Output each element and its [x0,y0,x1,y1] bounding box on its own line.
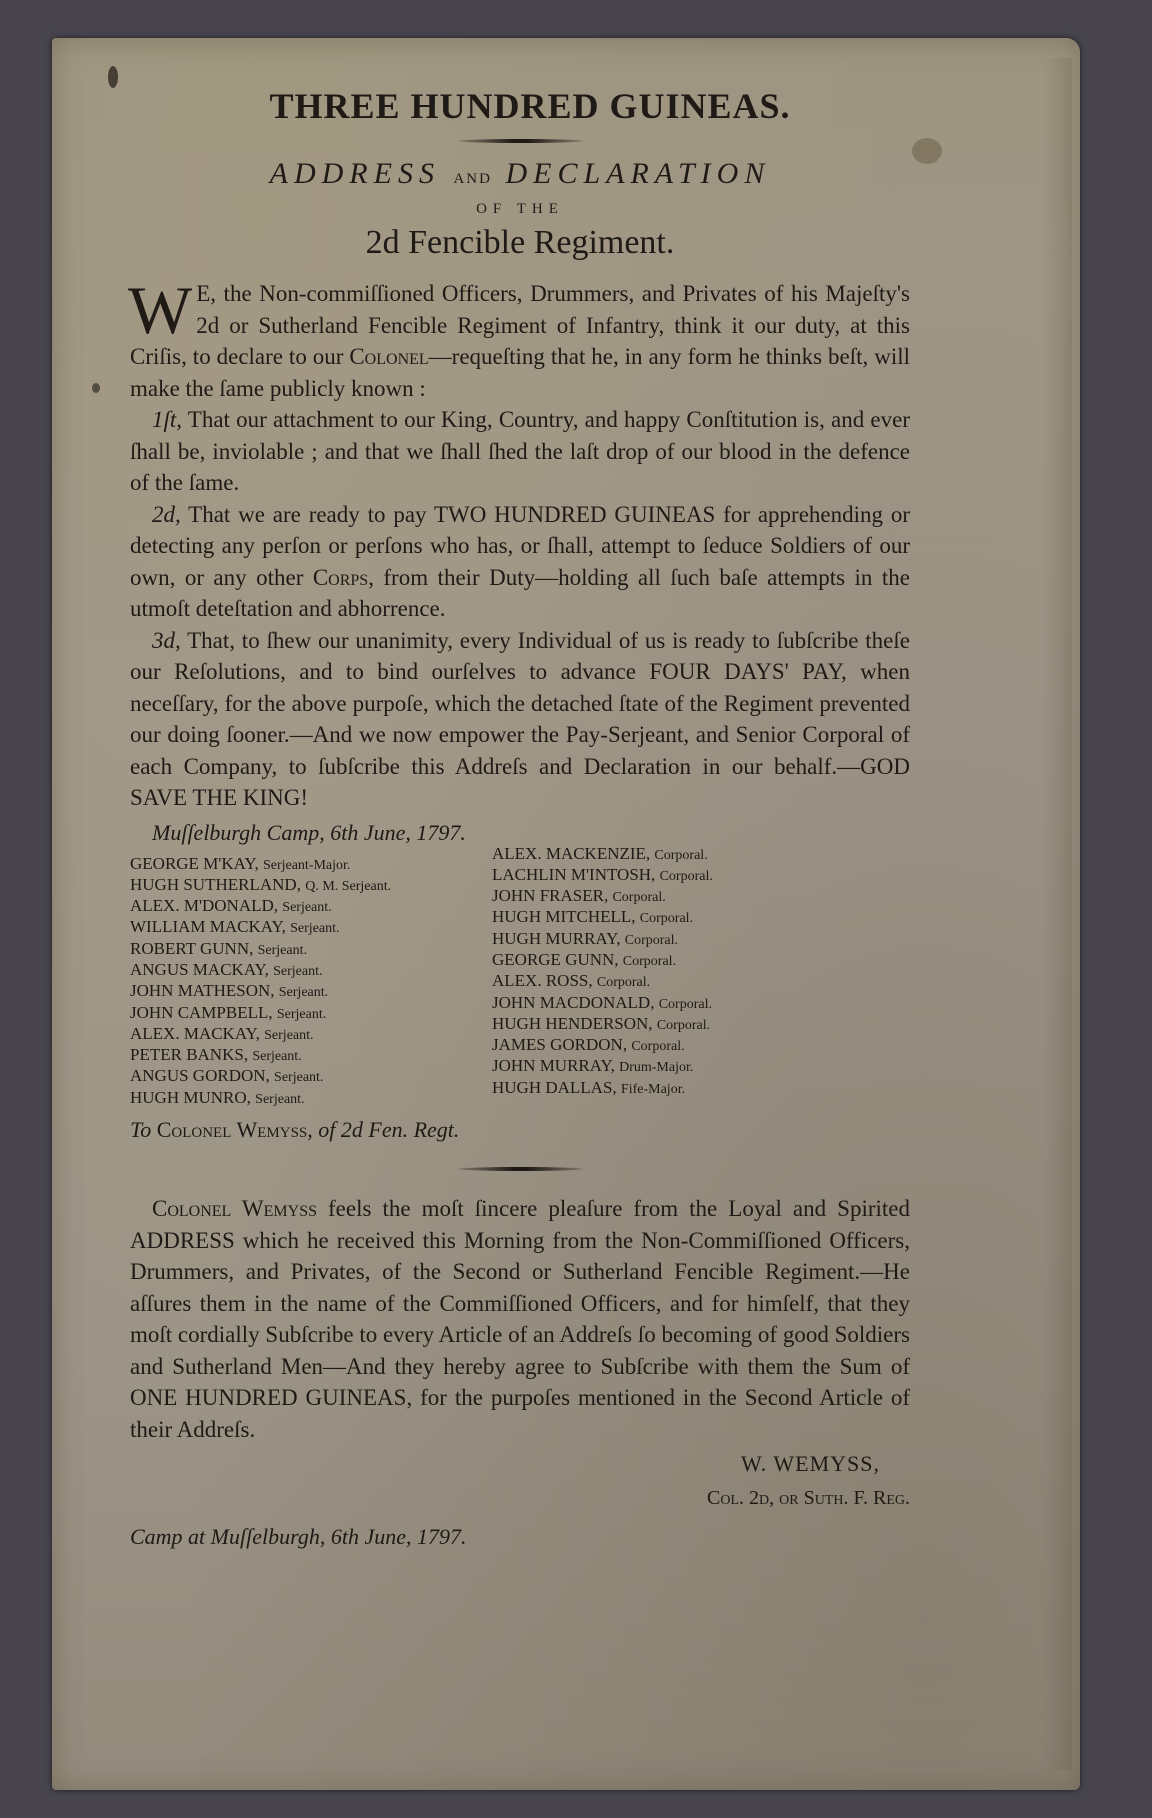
article-2: 2d, That we are ready to pay TWO HUNDRED… [130,499,910,625]
signatory: HUGH MURRAY, Corporal. [492,929,862,950]
signatory: HUGH DALLAS, Fife-Major. [492,1078,862,1099]
document-subtitle: ADDRESS AND DECLARATION [130,157,910,191]
subtitle-declaration: DECLARATION [505,157,770,190]
subtitle-address: ADDRESS [270,157,440,190]
signature-title: Col. 2d, or Suth. F. Reg. [130,1487,910,1510]
signatory: JOHN CAMPBELL, Serjeant. [130,1003,500,1024]
ink-mark [108,66,118,88]
regiment-heading: 2d Fencible Regiment. [130,224,910,262]
signatory: GEORGE GUNN, Corporal. [492,950,862,971]
ornamental-rule-2 [458,1167,583,1171]
document-body: THREE HUNDRED GUINEAS. ADDRESS AND DECLA… [130,85,910,1550]
signatory: JOHN MACDONALD, Corporal. [492,993,862,1014]
signatory: GEORGE M'KAY, Serjeant-Major. [130,854,500,875]
subtitle-and: AND [453,171,492,187]
article-3: 3d, That, to ſhew our unanimity, every I… [130,625,910,814]
signatory: JOHN FRASER, Corporal. [492,886,862,907]
paper-edge-shading [1042,58,1072,1770]
signatory: ANGUS GORDON, Serjeant. [130,1066,500,1087]
colonel-reply: Colonel Wemyss feels the moſt ſincere pl… [130,1193,910,1445]
ink-spot [92,383,100,393]
signatory: PETER BANKS, Serjeant. [130,1045,500,1066]
signatories-serjeants: GEORGE M'KAY, Serjeant-Major. HUGH SUTHE… [130,854,500,1110]
signatory: ALEX. MACKENZIE, Corporal. [492,844,862,865]
signatory: ALEX. M'DONALD, Serjeant. [130,896,500,917]
signatory: HUGH MUNRO, Serjeant. [130,1088,500,1109]
reply-date-line: Camp at Muſſelburgh, 6th June, 1797. [130,1524,910,1550]
signatory: JOHN MURRAY, Drum-Major. [492,1056,862,1077]
signatory: ROBERT GUNN, Serjeant. [130,939,500,960]
of-the-label: OF THE [130,201,910,218]
stain-mark [912,138,942,164]
signatory: HUGH MITCHELL, Corporal. [492,907,862,928]
signatory: ANGUS MACKAY, Serjeant. [130,960,500,981]
signature-name: W. WEMYSS, [130,1451,880,1477]
signatory: ALEX. ROSS, Corporal. [492,971,862,992]
ornamental-rule [458,139,583,143]
camp-date-line: Muſſelburgh Camp, 6th June, 1797. [152,820,910,846]
signatory: HUGH SUTHERLAND, Q. M. Serjeant. [130,875,500,896]
addressee-line: To Colonel Wemyss, of 2d Fen. Regt. [130,1117,910,1143]
signatory: ALEX. MACKAY, Serjeant. [130,1024,500,1045]
signatory: LACHLIN M'INTOSH, Corporal. [492,865,862,886]
address-intro: WE, the Non-commiſſioned Officers, Drumm… [130,278,910,404]
signatory: WILLIAM MACKAY, Serjeant. [130,917,500,938]
article-1: 1ſt, That our attachment to our King, Co… [130,404,910,499]
signatory: HUGH HENDERSON, Corporal. [492,1014,862,1035]
signatory: JAMES GORDON, Corporal. [492,1035,862,1056]
drop-cap: W [128,282,192,338]
signatories-corporals: ALEX. MACKENZIE, Corporal. LACHLIN M'INT… [492,844,862,1110]
document-title: THREE HUNDRED GUINEAS. [150,85,910,127]
signatory: JOHN MATHESON, Serjeant. [130,981,500,1002]
signatories: GEORGE M'KAY, Serjeant-Major. HUGH SUTHE… [130,854,910,1110]
